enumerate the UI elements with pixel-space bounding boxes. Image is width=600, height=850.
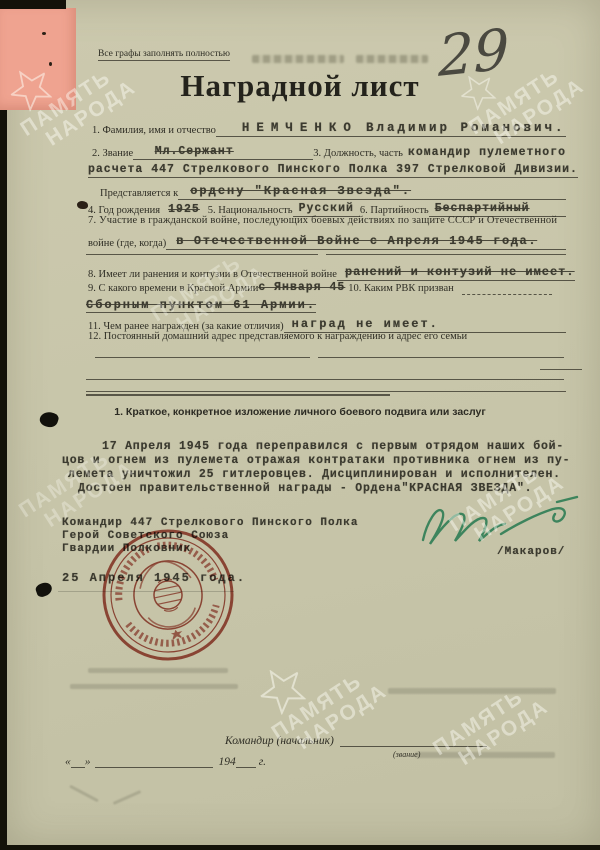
ink-speck [42, 32, 46, 35]
field-12-row: 12. Постоянный домашний адрес представля… [88, 331, 570, 343]
blank-address-line [86, 379, 564, 380]
field-7-value-row: войне (где, когда) в Отечественной Войне… [88, 231, 566, 250]
field-1-row: 1. Фамилия, имя и отчество НЕМЧЕНКОВлади… [92, 118, 566, 137]
scan-edge [0, 0, 66, 9]
feat-section-heading: 1. Краткое, конкретное изложение личного… [0, 406, 600, 418]
footer-commander-label: Командир (начальник) [225, 735, 334, 747]
signature-autograph [415, 494, 580, 556]
pencil-smudge [70, 684, 238, 689]
field-12-label: 12. Постоянный домашний адрес представля… [88, 331, 467, 343]
field-7-label-row: 7. Участие в гражданской войне, последую… [88, 215, 570, 227]
fill-all-fields-note: Все графы заполнять полностью [98, 49, 230, 61]
scanned-award-sheet: Все графы заполнять полностью 29 Наградн… [0, 0, 600, 850]
field-3-value-line2: расчета 447 Стрелкового Пинского Полка 3… [88, 163, 578, 176]
field-8-value-wrap: ранений и контузий не имеет. [337, 262, 575, 281]
field-7-value-wrap: в Отечественной Войне с Апреля 1945 года… [166, 231, 566, 250]
field-10-value: Сборным пунктом 61 Армии. [86, 298, 316, 313]
divider-line [326, 254, 566, 255]
field-9-label: 9. С какого времени в Красной Армии [88, 283, 258, 295]
field-3-row2: расчета 447 Стрелкового Пинского Полка 3… [88, 159, 566, 178]
field-7-label-line2: войне (где, когда) [88, 238, 166, 250]
field-10-answer-row: Сборным пунктом 61 Армии. [86, 298, 566, 313]
section-divider [86, 391, 566, 392]
footer-commander-row: Командир (начальник) [225, 735, 487, 747]
quote-close: » [85, 756, 91, 768]
ink-blot [77, 201, 88, 209]
signature-blank-line [340, 735, 487, 747]
blank-address-line [318, 357, 564, 358]
field-1-value: НЕМЧЕНКОВладимир Романович. [232, 118, 566, 137]
field-3-value-line1: командир пулеметного [403, 146, 566, 160]
field-7-label-line1: 7. Участие в гражданской войне, последую… [88, 215, 557, 227]
field-8-row: 8. Имеет ли ранения и контузии в Отечест… [88, 262, 566, 281]
field-2-3-row: 2. Звание Мл.Сержант 3. Должность, часть… [92, 141, 566, 160]
rank-note: (звание) [393, 750, 420, 759]
field-10-label: 10. Каким РВК призван [345, 283, 453, 295]
round-seal-stamp [85, 512, 251, 678]
presented-for-value: ордену "Красная Звезда". [190, 184, 411, 198]
pencil-smudge [415, 752, 555, 758]
field-1-label: 1. Фамилия, имя и отчество [92, 125, 216, 137]
ink-speck [49, 62, 52, 66]
field-11-value: наград не имеет. [292, 317, 439, 331]
year-prefix: 194 [213, 756, 236, 768]
year-suffix: г. [256, 756, 266, 768]
day-blank [71, 756, 85, 768]
section-divider-thick [86, 394, 390, 396]
faded-stamp-smudge [252, 55, 344, 63]
divider-line [86, 254, 318, 255]
blank-address-line [95, 357, 310, 358]
field-8-value: ранений и контузий не имеет. [345, 265, 575, 279]
document-title: Наградной лист [0, 68, 600, 104]
pencil-smudge [388, 688, 556, 694]
year-blank [236, 756, 256, 768]
field-9-value: с Января 45 [258, 281, 345, 295]
blank-line [216, 125, 232, 137]
field-3-value-line2-wrap: расчета 447 Стрелкового Пинского Полка 3… [88, 159, 578, 178]
faded-stamp-smudge [356, 55, 428, 63]
field-6-value: Беспартийный [435, 202, 530, 215]
field-2-value-wrap: Мл.Сержант [133, 141, 255, 160]
footer-date-row: « » 194 г. [65, 756, 290, 768]
month-blank [95, 756, 213, 768]
field-9-10-row: 9. С какого времени в Красной Армии с Ян… [88, 281, 566, 295]
field-7-value: в Отечественной Войне с Апреля 1945 года… [176, 234, 537, 248]
blank-address-line [540, 369, 582, 370]
pink-paper-patch [0, 8, 76, 110]
surname: НЕМЧЕНКО [242, 121, 358, 135]
field-8-label: 8. Имеет ли ранения и контузии в Отечест… [88, 269, 337, 281]
name-patronymic: Владимир Романович. [358, 121, 566, 135]
field-2-value: Мл.Сержант [155, 145, 234, 158]
blank-line [462, 283, 552, 295]
pencil-smudge [88, 668, 228, 673]
